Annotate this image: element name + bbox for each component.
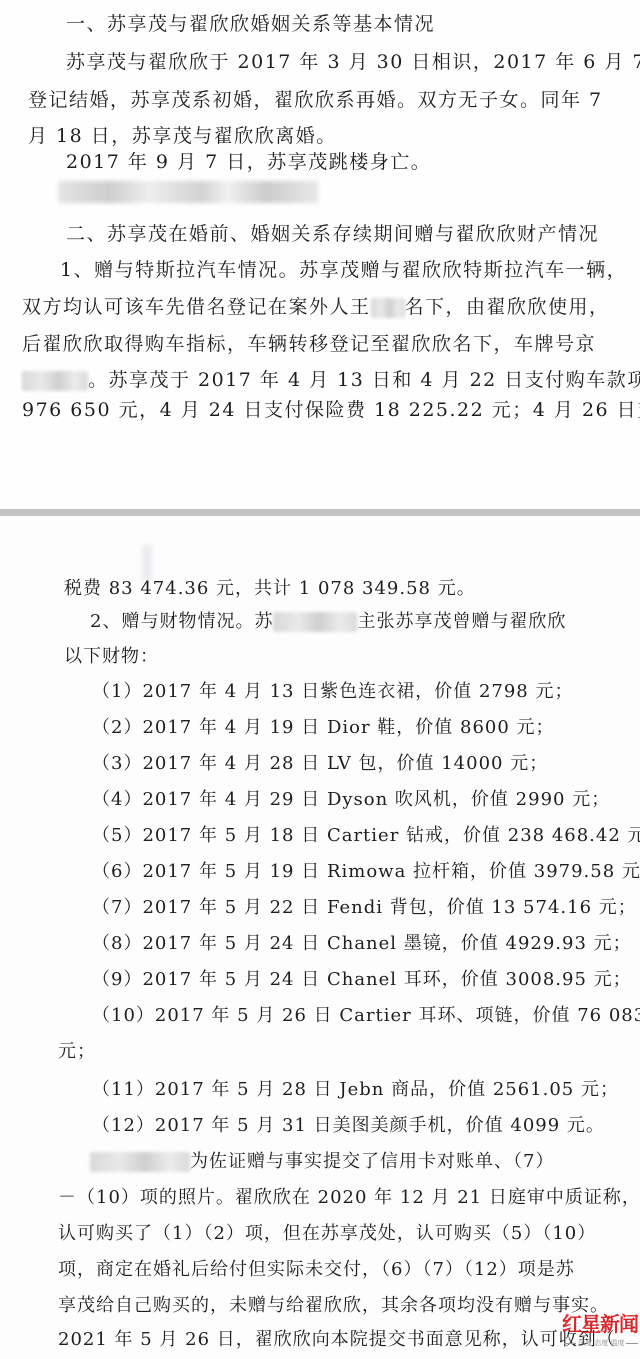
paragraph-line: 苏享茂与翟欣欣于 2017 年 3 月 30 日相识，2017 年 6 月 7 … <box>66 50 640 74</box>
paragraph-line: －（10）项的照片。翟欣欣在 2020 年 12 月 21 日庭审中质证称， <box>58 1186 640 1210</box>
gift-desc: 2017 年 4 月 13 日紫色连衣裙，价值 2798 元； <box>142 681 573 702</box>
redacted-name <box>371 298 405 318</box>
paragraph-line: 2、赠与财物情况。苏主张苏享茂曾赠与翟欣欣 <box>90 610 566 634</box>
section-heading-1: 一、苏享茂与翟欣欣婚姻关系等基本情况 <box>66 12 435 36</box>
text-span: 。苏享茂于 2017 年 4 月 13 日和 4 月 22 日支付购车款项 <box>88 369 640 391</box>
gift-desc: 2017 年 5 月 26 日 Cartier 耳环、项链，价值 76 083.… <box>155 1005 640 1026</box>
gift-desc: 2017 年 5 月 19 日 Rimowa 拉杆箱，价值 3979.58 元； <box>142 861 640 882</box>
gift-index: （2） <box>92 717 142 738</box>
watermark-brand: 红星新闻 <box>562 1308 638 1337</box>
watermark-tagline: 深度 态度 温度 <box>562 1338 638 1348</box>
gift-index: （1） <box>92 681 142 702</box>
gift-item: （9）2017 年 5 月 24 日 Chanel 耳环，价值 3008.95 … <box>92 968 632 992</box>
paragraph-line: 1、赠与特斯拉汽车情况。苏享茂赠与翟欣欣特斯拉汽车一辆， <box>60 258 627 282</box>
gift-item: （11）2017 年 5 月 28 日 Jebn 商品，价值 2561.05 元… <box>92 1078 619 1102</box>
gift-item-continued: 元； <box>58 1040 96 1064</box>
gift-item: （10）2017 年 5 月 26 日 Cartier 耳环、项链，价值 76 … <box>92 1004 640 1028</box>
gift-index: （11） <box>92 1079 155 1100</box>
gift-index: （5） <box>92 825 142 846</box>
gift-item: （4）2017 年 4 月 29 日 Dyson 吹风机，价值 2990 元； <box>92 788 610 812</box>
gift-desc: 2017 年 5 月 31 日美图美颜手机，价值 4099 元。 <box>155 1115 605 1136</box>
gift-desc: 2017 年 5 月 28 日 Jebn 商品，价值 2561.05 元； <box>155 1079 619 1100</box>
gift-index: （12） <box>92 1115 155 1136</box>
text-span: 2、赠与财物情况。苏 <box>90 611 273 632</box>
page-separator <box>0 509 640 516</box>
gift-desc: 2017 年 4 月 19 日 Dior 鞋，价值 8600 元； <box>142 717 554 738</box>
paragraph-line: 双方均认可该车先借名登记在案外人王名下，由翟欣欣使用， <box>22 295 610 319</box>
text-span: 主张苏享茂曾赠与翟欣欣 <box>357 611 566 632</box>
gift-item: （1）2017 年 4 月 13 日紫色连衣裙，价值 2798 元； <box>92 680 573 704</box>
scan-artifact <box>142 545 152 581</box>
gift-item: （6）2017 年 5 月 19 日 Rimowa 拉杆箱，价值 3979.58… <box>92 860 640 884</box>
paragraph-line: 以下财物： <box>64 645 159 669</box>
paragraph-line: 2017 年 9 月 7 日，苏享茂跳楼身亡。 <box>66 150 431 174</box>
gift-index: （10） <box>92 1005 155 1026</box>
paragraph-line: 月 18 日，苏享茂与翟欣欣离婚。 <box>28 124 337 148</box>
gift-index: （6） <box>92 861 142 882</box>
document-page-1: 一、苏享茂与翟欣欣婚姻关系等基本情况 苏享茂与翟欣欣于 2017 年 3 月 3… <box>0 0 640 509</box>
paragraph-line: 。苏享茂于 2017 年 4 月 13 日和 4 月 22 日支付购车款项 <box>22 368 640 392</box>
redacted-text <box>90 1152 190 1172</box>
paragraph-line: 976 650 元，4 月 24 日支付保险费 18 225.22 元；4 月 … <box>22 398 640 422</box>
gift-item: （8）2017 年 5 月 24 日 Chanel 墨镜，价值 4929.93 … <box>92 932 632 956</box>
gift-index: （7） <box>92 897 142 918</box>
gift-desc: 元； <box>58 1041 96 1062</box>
gift-item: （12）2017 年 5 月 31 日美图美颜手机，价值 4099 元。 <box>92 1114 605 1138</box>
paragraph-line: 享茂给自己购买的，未赠与给翟欣欣，其余各项均没有赠与事实。 <box>58 1294 609 1318</box>
gift-index: （3） <box>92 753 142 774</box>
redacted-text <box>58 181 318 203</box>
gift-index: （8） <box>92 933 142 954</box>
gift-desc: 2017 年 5 月 18 日 Cartier 钻戒，价值 238 468.42… <box>142 825 640 846</box>
gift-desc: 2017 年 5 月 24 日 Chanel 耳环，价值 3008.95 元； <box>142 969 631 990</box>
gift-item: （7）2017 年 5 月 22 日 Fendi 背包，价值 13 574.16… <box>92 896 637 920</box>
gift-index: （4） <box>92 789 142 810</box>
paragraph-line: 税费 83 474.36 元，共计 1 078 349.58 元。 <box>64 577 476 601</box>
text-span: 名下，由翟欣欣使用， <box>405 296 610 318</box>
paragraph-line: 登记结婚，苏享茂系初婚，翟欣欣系再婚。双方无子女。同年 7 <box>28 88 603 112</box>
paragraph-line: 2021 年 5 月 26 日，翟欣欣向本院提交书面意见称，认可收到（ <box>58 1328 616 1352</box>
paragraph-line: 为佐证赠与事实提交了信用卡对账单、（7） <box>90 1150 554 1174</box>
text-span: 为佐证赠与事实提交了信用卡对账单、（7） <box>190 1151 554 1172</box>
paragraph-line: 后翟欣欣取得购车指标，车辆转移登记至翟欣欣名下，车牌号京 <box>22 332 596 356</box>
paragraph-line: 项，商定在婚礼后给付但实际未交付，（6）（7）（12）项是苏 <box>58 1258 575 1282</box>
gift-item: （5）2017 年 5 月 18 日 Cartier 钻戒，价值 238 468… <box>92 824 640 848</box>
gift-desc: 2017 年 5 月 24 日 Chanel 墨镜，价值 4929.93 元； <box>142 933 631 954</box>
gift-index: （9） <box>92 969 142 990</box>
redacted-text <box>273 612 357 632</box>
gift-item: （3）2017 年 4 月 28 日 LV 包，价值 14000 元； <box>92 752 548 776</box>
section-heading-2: 二、苏享茂在婚前、婚姻关系存续期间赠与翟欣欣财产情况 <box>66 222 599 246</box>
watermark-logo: 红星新闻 深度 态度 温度 <box>562 1308 638 1354</box>
gift-item: （2）2017 年 4 月 19 日 Dior 鞋，价值 8600 元； <box>92 716 555 740</box>
gift-desc: 2017 年 4 月 29 日 Dyson 吹风机，价值 2990 元； <box>142 789 610 810</box>
paragraph-line: 认可购买了（1）（2）项，但在苏享茂处，认可购买（5）（10） <box>58 1222 596 1246</box>
redacted-plate <box>22 371 88 391</box>
gift-desc: 2017 年 4 月 28 日 LV 包，价值 14000 元； <box>142 753 548 774</box>
text-span: 双方均认可该车先借名登记在案外人王 <box>22 296 371 318</box>
gift-desc: 2017 年 5 月 22 日 Fendi 背包，价值 13 574.16 元； <box>142 897 636 918</box>
